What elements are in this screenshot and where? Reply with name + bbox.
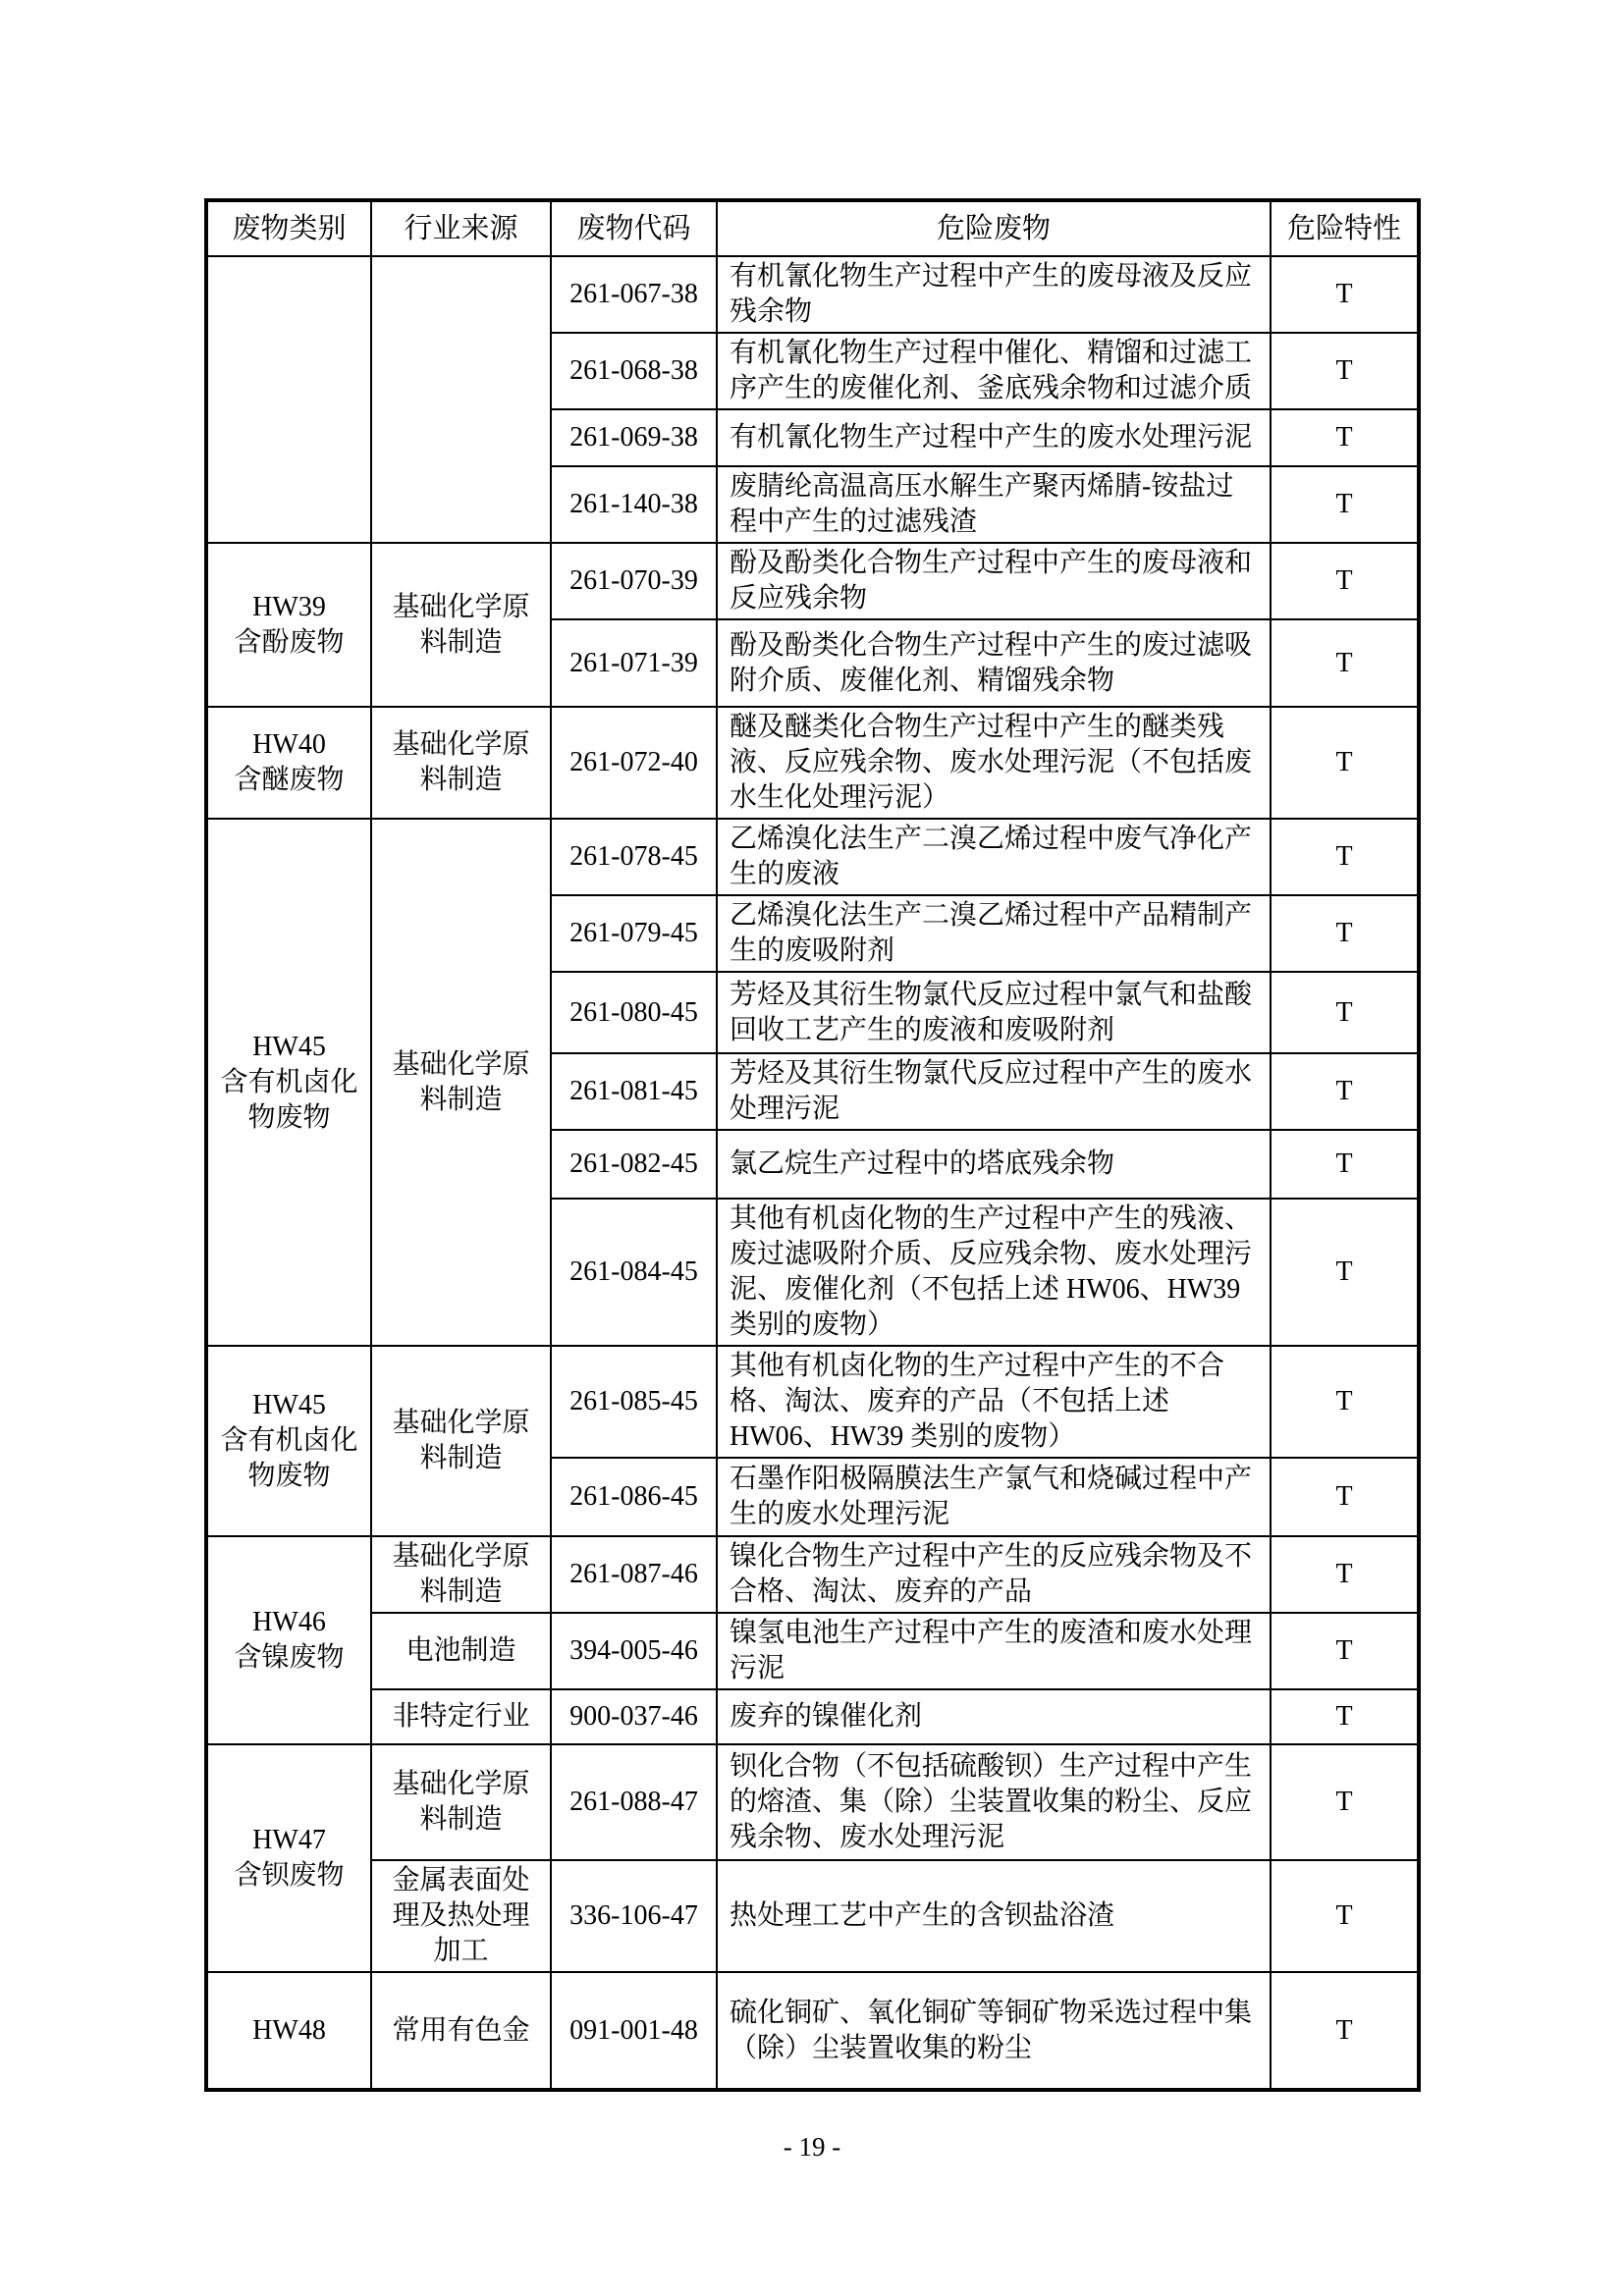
category-cell: [206, 256, 371, 543]
category-cell: HW48: [206, 1972, 371, 2090]
code-cell: 261-080-45: [551, 972, 717, 1053]
table-row: 261-067-38 有机氰化物生产过程中产生的废母液及反应残余物 T: [206, 256, 1419, 333]
code-cell: 261-086-45: [551, 1458, 717, 1536]
industry-cell: 电池制造: [371, 1613, 551, 1689]
table-row: HW45 含有机卤化物废物 基础化学原料制造 261-078-45 乙烯溴化法生…: [206, 819, 1419, 895]
hazard-cell: T: [1271, 1689, 1419, 1744]
hazard-cell: T: [1271, 619, 1419, 707]
table-header-row: 废物类别 行业来源 废物代码 危险废物 危险特性: [206, 200, 1419, 256]
waste-cell: 芳烃及其衍生物氯代反应过程中氯气和盐酸回收工艺产生的废液和废吸附剂: [717, 972, 1271, 1053]
waste-cell: 醚及醚类化合物生产过程中产生的醚类残液、反应残余物、废水处理污泥（不包括废水生化…: [717, 707, 1271, 819]
waste-cell: 镍氢电池生产过程中产生的废渣和废水处理污泥: [717, 1613, 1271, 1689]
hazard-cell: T: [1271, 1458, 1419, 1536]
code-cell: 336-106-47: [551, 1860, 717, 1972]
document-page: 废物类别 行业来源 废物代码 危险废物 危险特性 261-067-38 有机氰化…: [0, 0, 1624, 2296]
industry-cell: 基础化学原料制造: [371, 543, 551, 707]
waste-cell: 废腈纶高温高压水解生产聚丙烯腈-铵盐过程中产生的过滤残渣: [717, 466, 1271, 543]
hazard-cell: T: [1271, 1346, 1419, 1458]
waste-cell: 镍化合物生产过程中产生的反应残余物及不合格、淘汰、废弃的产品: [717, 1536, 1271, 1613]
waste-cell: 硫化铜矿、氧化铜矿等铜矿物采选过程中集（除）尘装置收集的粉尘: [717, 1972, 1271, 2090]
hazard-cell: T: [1271, 972, 1419, 1053]
hazard-cell: T: [1271, 1860, 1419, 1972]
hazardous-waste-table: 废物类别 行业来源 废物代码 危险废物 危险特性 261-067-38 有机氰化…: [204, 198, 1421, 2092]
code-cell: 261-070-39: [551, 543, 717, 619]
code-cell: 900-037-46: [551, 1689, 717, 1744]
industry-cell: 基础化学原料制造: [371, 1744, 551, 1860]
column-header-waste: 危险废物: [717, 200, 1271, 256]
waste-cell: 酚及酚类化合物生产过程中产生的废过滤吸附介质、废催化剂、精馏残余物: [717, 619, 1271, 707]
code-cell: 261-067-38: [551, 256, 717, 333]
page-number: - 19 -: [0, 2132, 1624, 2162]
waste-cell: 有机氰化物生产过程中催化、精馏和过滤工序产生的废催化剂、釜底残余物和过滤介质: [717, 333, 1271, 409]
table-row: HW48 常用有色金 091-001-48 硫化铜矿、氧化铜矿等铜矿物采选过程中…: [206, 1972, 1419, 2090]
table-row: 金属表面处理及热处理加工 336-106-47 热处理工艺中产生的含钡盐浴渣 T: [206, 1860, 1419, 1972]
column-header-hazard: 危险特性: [1271, 200, 1419, 256]
code-cell: 261-085-45: [551, 1346, 717, 1458]
column-header-code: 废物代码: [551, 200, 717, 256]
hazard-cell: T: [1271, 409, 1419, 466]
hazard-cell: T: [1271, 1536, 1419, 1613]
category-cell: HW47 含钡废物: [206, 1744, 371, 1972]
industry-cell: 基础化学原料制造: [371, 819, 551, 1346]
code-cell: 261-072-40: [551, 707, 717, 819]
waste-cell: 乙烯溴化法生产二溴乙烯过程中废气净化产生的废液: [717, 819, 1271, 895]
code-cell: 261-087-46: [551, 1536, 717, 1613]
category-cell: HW40 含醚废物: [206, 707, 371, 819]
industry-cell: 常用有色金: [371, 1972, 551, 2090]
code-cell: 261-088-47: [551, 1744, 717, 1860]
category-cell: HW45 含有机卤化物废物: [206, 819, 371, 1346]
hazard-cell: T: [1271, 256, 1419, 333]
table-row: HW40 含醚废物 基础化学原料制造 261-072-40 醚及醚类化合物生产过…: [206, 707, 1419, 819]
waste-cell: 氯乙烷生产过程中的塔底残余物: [717, 1130, 1271, 1199]
hazard-cell: T: [1271, 1199, 1419, 1346]
hazard-cell: T: [1271, 819, 1419, 895]
category-cell: HW45 含有机卤化物废物: [206, 1346, 371, 1536]
waste-cell: 石墨作阳极隔膜法生产氯气和烧碱过程中产生的废水处理污泥: [717, 1458, 1271, 1536]
hazard-cell: T: [1271, 895, 1419, 972]
waste-cell: 酚及酚类化合物生产过程中产生的废母液和反应残余物: [717, 543, 1271, 619]
code-cell: 261-068-38: [551, 333, 717, 409]
industry-cell: 基础化学原料制造: [371, 707, 551, 819]
hazard-cell: T: [1271, 543, 1419, 619]
code-cell: 261-071-39: [551, 619, 717, 707]
waste-cell: 钡化合物（不包括硫酸钡）生产过程中产生的熔渣、集（除）尘装置收集的粉尘、反应残余…: [717, 1744, 1271, 1860]
code-cell: 261-082-45: [551, 1130, 717, 1199]
code-cell: 261-081-45: [551, 1053, 717, 1130]
code-cell: 261-084-45: [551, 1199, 717, 1346]
industry-cell: 非特定行业: [371, 1689, 551, 1744]
hazard-cell: T: [1271, 1613, 1419, 1689]
waste-cell: 热处理工艺中产生的含钡盐浴渣: [717, 1860, 1271, 1972]
hazard-cell: T: [1271, 466, 1419, 543]
table-row: HW45 含有机卤化物废物 基础化学原料制造 261-085-45 其他有机卤化…: [206, 1346, 1419, 1458]
category-cell: HW39 含酚废物: [206, 543, 371, 707]
table-row: 电池制造 394-005-46 镍氢电池生产过程中产生的废渣和废水处理污泥 T: [206, 1613, 1419, 1689]
industry-cell: 基础化学原料制造: [371, 1346, 551, 1536]
column-header-industry: 行业来源: [371, 200, 551, 256]
table-row: HW39 含酚废物 基础化学原料制造 261-070-39 酚及酚类化合物生产过…: [206, 543, 1419, 619]
industry-cell: [371, 256, 551, 543]
hazard-cell: T: [1271, 1972, 1419, 2090]
hazard-cell: T: [1271, 1053, 1419, 1130]
hazard-cell: T: [1271, 1744, 1419, 1860]
table-row: HW47 含钡废物 基础化学原料制造 261-088-47 钡化合物（不包括硫酸…: [206, 1744, 1419, 1860]
column-header-category: 废物类别: [206, 200, 371, 256]
waste-cell: 有机氰化物生产过程中产生的废母液及反应残余物: [717, 256, 1271, 333]
waste-cell: 芳烃及其衍生物氯代反应过程中产生的废水处理污泥: [717, 1053, 1271, 1130]
hazard-cell: T: [1271, 333, 1419, 409]
code-cell: 261-069-38: [551, 409, 717, 466]
code-cell: 261-078-45: [551, 819, 717, 895]
waste-cell: 其他有机卤化物的生产过程中产生的残液、废过滤吸附介质、反应残余物、废水处理污泥、…: [717, 1199, 1271, 1346]
table-row: 非特定行业 900-037-46 废弃的镍催化剂 T: [206, 1689, 1419, 1744]
hazard-cell: T: [1271, 707, 1419, 819]
code-cell: 394-005-46: [551, 1613, 717, 1689]
category-cell: HW46 含镍废物: [206, 1536, 371, 1744]
waste-cell: 废弃的镍催化剂: [717, 1689, 1271, 1744]
waste-cell: 乙烯溴化法生产二溴乙烯过程中产品精制产生的废吸附剂: [717, 895, 1271, 972]
code-cell: 261-140-38: [551, 466, 717, 543]
code-cell: 091-001-48: [551, 1972, 717, 2090]
table-row: HW46 含镍废物 基础化学原料制造 261-087-46 镍化合物生产过程中产…: [206, 1536, 1419, 1613]
hazard-cell: T: [1271, 1130, 1419, 1199]
code-cell: 261-079-45: [551, 895, 717, 972]
waste-cell: 有机氰化物生产过程中产生的废水处理污泥: [717, 409, 1271, 466]
industry-cell: 金属表面处理及热处理加工: [371, 1860, 551, 1972]
waste-cell: 其他有机卤化物的生产过程中产生的不合格、淘汰、废弃的产品（不包括上述 HW06、…: [717, 1346, 1271, 1458]
industry-cell: 基础化学原料制造: [371, 1536, 551, 1613]
